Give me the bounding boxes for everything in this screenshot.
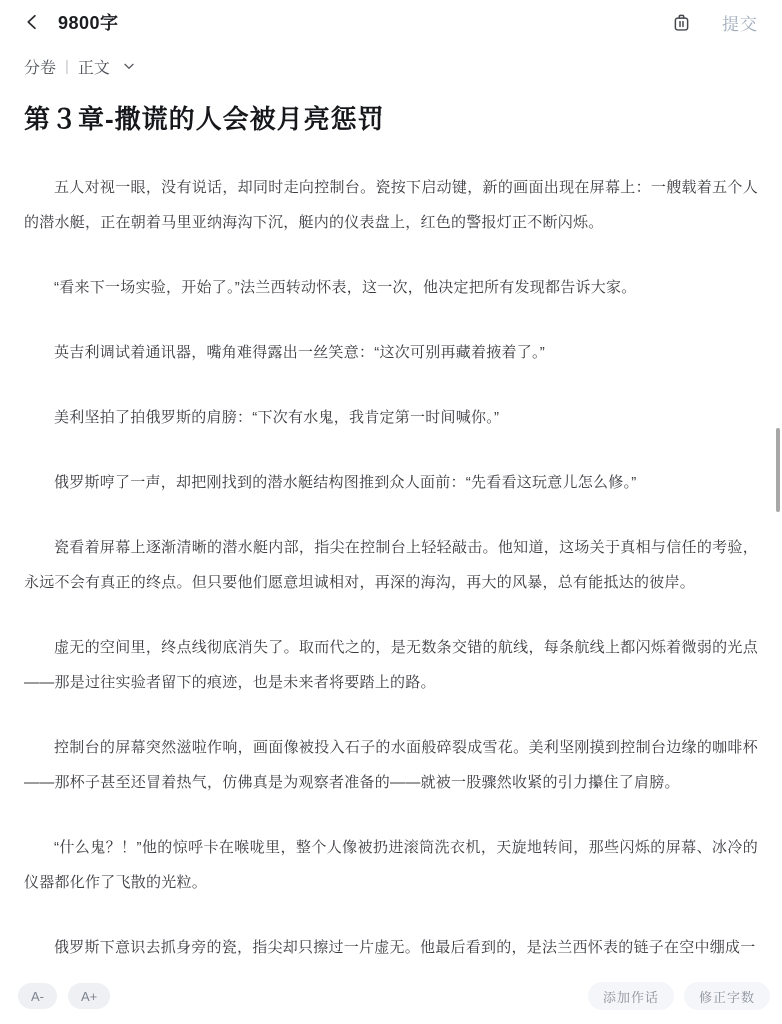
volume-label: 分卷: [24, 55, 56, 78]
back-button[interactable]: [22, 12, 42, 32]
submit-button[interactable]: 提交: [722, 10, 758, 35]
editor-body[interactable]: 五人对视一眼，没有说话，却同时走向控制台。瓷按下启动键，新的画面出现在屏幕上：一…: [24, 170, 758, 965]
word-count-label: 9800字: [58, 9, 119, 35]
font-increase-button[interactable]: A+: [68, 983, 110, 1009]
paragraph: “什么鬼？！”他的惊呼卡在喉咙里，整个人像被扔进滚筒洗衣机，天旋地转间，那些闪烁…: [24, 830, 758, 900]
chapter-title[interactable]: 第３章-撒谎的人会被月亮惩罚: [24, 102, 758, 136]
paragraph: 俄罗斯哼了一声，却把刚找到的潜水艇结构图推到众人面前：“先看看这玩意儿怎么修。”: [24, 465, 758, 500]
section-label: 正文: [78, 55, 110, 78]
font-size-controls: A- A+: [18, 983, 110, 1009]
paragraph: 控制台的屏幕突然滋啦作响，画面像被投入石子的水面般碎裂成雪花。美利坚刚摸到控制台…: [24, 730, 758, 800]
paragraph: 美利坚拍了拍俄罗斯的肩膀：“下次有水鬼，我肯定第一时间喊你。”: [24, 400, 758, 435]
top-bar: 9800字 提交: [0, 0, 782, 44]
paragraph: “看来下一场实验，开始了。”法兰西转动怀表，这一次，他决定把所有发现都告诉大家。: [24, 270, 758, 305]
paragraph: 五人对视一眼，没有说话，却同时走向控制台。瓷按下启动键，新的画面出现在屏幕上：一…: [24, 170, 758, 240]
top-bar-left: 9800字: [22, 9, 119, 35]
paragraph: 虚无的空间里，终点线彻底消失了。取而代之的，是无数条交错的航线，每条航线上都闪烁…: [24, 630, 758, 700]
paragraph: 瓷看着屏幕上逐渐清晰的潜水艇内部，指尖在控制台上轻轻敲击。他知道，这场关于真相与…: [24, 530, 758, 600]
divider: |: [65, 58, 69, 75]
font-decrease-button[interactable]: A-: [18, 983, 57, 1009]
bottom-toolbar: A- A+ 添加作话 修正字数: [0, 958, 782, 1024]
scrollbar-thumb[interactable]: [776, 428, 780, 512]
chevron-left-icon: [22, 12, 42, 32]
top-bar-right: 提交: [671, 10, 758, 35]
editor-page: 9800字 提交 分卷 | 正文: [0, 0, 782, 1024]
trash-button[interactable]: [671, 12, 692, 33]
footer-actions: 添加作话 修正字数: [588, 982, 770, 1010]
trash-icon: [671, 12, 692, 33]
volume-section-selector[interactable]: 分卷 | 正文: [0, 54, 782, 78]
paragraph: 英吉利调试着通讯器，嘴角难得露出一丝笑意：“这次可别再藏着掖着了。”: [24, 335, 758, 370]
fix-word-count-button[interactable]: 修正字数: [684, 982, 770, 1010]
add-author-note-button[interactable]: 添加作话: [588, 982, 674, 1010]
chevron-down-icon: [121, 58, 137, 74]
